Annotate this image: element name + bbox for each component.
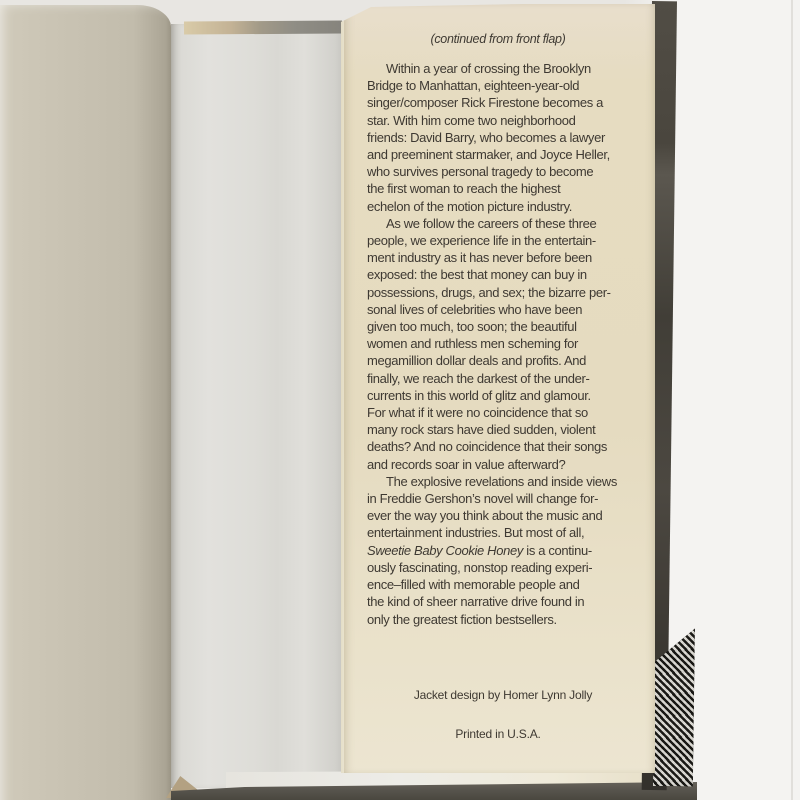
jacket-design-credit: Jacket design by Homer Lynn Jolly bbox=[361, 688, 645, 702]
continued-from-front-flap-note: (continued from front flap) bbox=[361, 32, 635, 46]
book-title: Sweetie Baby Cookie Honey bbox=[367, 543, 523, 558]
printed-in-usa-note: Printed in U.S.A. bbox=[361, 727, 635, 741]
book-top-edge bbox=[184, 20, 342, 34]
flap-paragraph-3-lead: The explosive revelations and inside vie… bbox=[367, 474, 617, 541]
flap-paragraph-2: As we follow the careers of these three … bbox=[367, 215, 647, 473]
book-photo: (continued from front flap) Within a yea… bbox=[0, 0, 800, 800]
left-endpaper-page bbox=[0, 5, 171, 800]
flap-paragraph-1: Within a year of crossing the Brooklyn B… bbox=[367, 60, 647, 215]
endpaper-tissue-page bbox=[171, 24, 342, 788]
photo-edge-shadow bbox=[791, 0, 793, 800]
flap-paragraph-3: The explosive revelations and inside vie… bbox=[367, 473, 647, 628]
jacket-back-flap: (continued from front flap) Within a yea… bbox=[341, 4, 655, 773]
flap-blurb: Within a year of crossing the Brooklyn B… bbox=[367, 60, 647, 628]
